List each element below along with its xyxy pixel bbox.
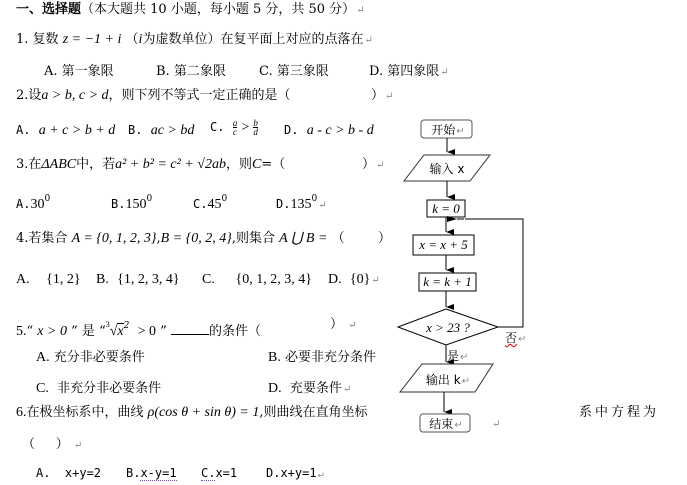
flow-start-label: 开始↵ <box>425 121 471 138</box>
flow-text: x > 23 ? <box>426 320 470 335</box>
flow-condition-label: x > 23 ? <box>410 320 486 336</box>
paragraph-mark-icon: ↵ <box>492 417 500 433</box>
paragraph-mark-icon: ↵ <box>460 352 468 363</box>
flow-no-label: 否↵ <box>505 329 526 346</box>
paragraph-mark-icon: ↵ <box>456 126 464 137</box>
flow-text: 是 <box>447 349 459 363</box>
flow-step1-label: x = x + 5 <box>413 237 474 253</box>
flow-input-label: 输入 x <box>414 160 480 177</box>
flow-text: 结束 <box>429 417 453 431</box>
flow-text: 否 <box>505 331 517 345</box>
paragraph-mark-icon: ↵ <box>454 420 462 431</box>
flow-text: k = k + 1 <box>423 274 472 289</box>
flow-step2-label: k = k + 1 <box>419 274 476 290</box>
paragraph-mark-icon: ↵ <box>518 334 526 345</box>
flow-text: 输入 x <box>430 162 465 176</box>
flow-text: x = x + 5 <box>419 237 468 252</box>
flow-init-label: k = 0 <box>427 201 465 217</box>
paragraph-mark-icon: ↵ <box>462 376 470 387</box>
flow-text: 输出 k <box>426 373 461 387</box>
flow-text: 开始 <box>431 123 455 137</box>
flow-output-label: 输出 k↵ <box>410 371 486 388</box>
flow-end-label: 结束↵ <box>423 415 469 432</box>
flow-text: k = 0 <box>432 201 460 216</box>
flowchart-diagram <box>0 0 687 485</box>
flow-yes-label: 是↵ <box>447 347 468 364</box>
